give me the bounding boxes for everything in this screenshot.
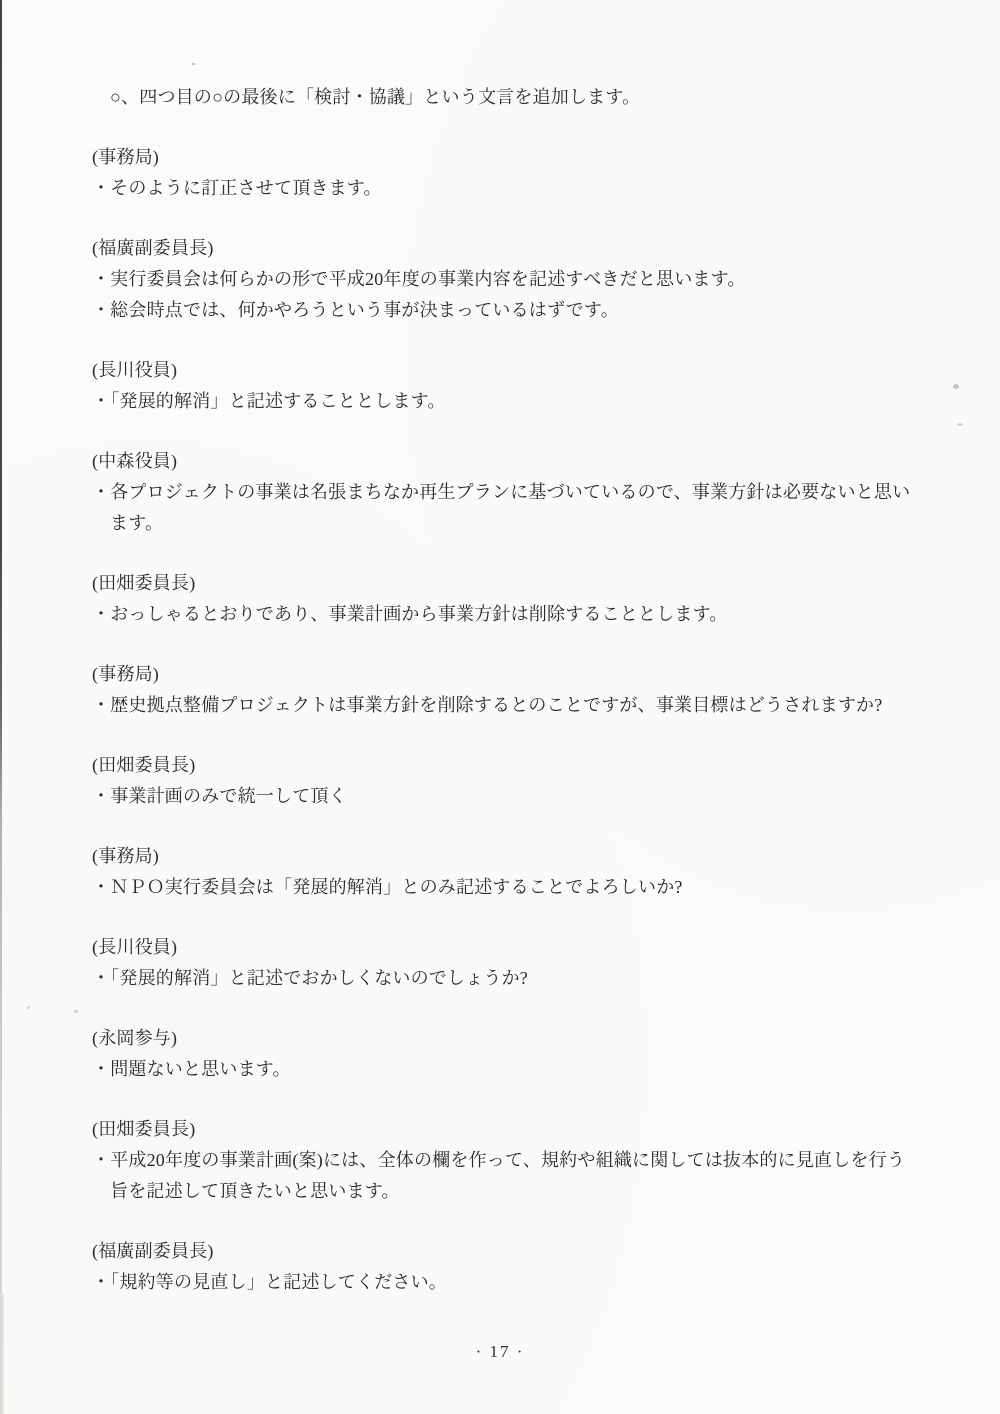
speech-block: (長川役員) ・「発展的解消」と記述することとします。	[92, 355, 1000, 417]
statement-line: ・平成20年度の事業計画(案)には、全体の欄を作って、規約や組織に関しては抜本的…	[92, 1145, 1000, 1176]
statement-continuation-line: 旨を記述して頂きたいと思います。	[92, 1176, 1000, 1207]
speaker-name: (田畑委員長)	[92, 1114, 1000, 1145]
speaker-name: (長川役員)	[92, 355, 1000, 386]
speech-block: (田畑委員長) ・おっしゃるとおりであり、事業計画から事業方針は削除することとし…	[92, 568, 1000, 630]
statement-line: ・「発展的解消」と記述することとします。	[92, 386, 1000, 417]
speaker-name: (田畑委員長)	[92, 750, 1000, 781]
statement-line: ・歴史拠点整備プロジェクトは事業方針を削除するとのことですが、事業目標はどうされ…	[92, 690, 1000, 721]
speech-block: (長川役員) ・「発展的解消」と記述でおかしくないのでしょうか?	[92, 932, 1000, 994]
amendment-note-line: ○、四つ目の○の最後に「検討・協議」という文言を追加します。	[92, 82, 1000, 113]
speech-block: (田畑委員長) ・平成20年度の事業計画(案)には、全体の欄を作って、規約や組織…	[92, 1114, 1000, 1207]
speech-block: (事務局) ・ＮＰＯ実行委員会は「発展的解消」とのみ記述することでよろしいか?	[92, 841, 1000, 903]
statement-line: ・各プロジェクトの事業は名張まちなか再生プランに基づいているので、事業方針は必要…	[92, 477, 1000, 508]
statement-line: ・総会時点では、何かやろうという事が決まっているはずです。	[92, 295, 1000, 326]
statement-line: ・「発展的解消」と記述でおかしくないのでしょうか?	[92, 963, 1000, 994]
statement-line: ・問題ないと思います。	[92, 1054, 1000, 1085]
speech-block: (福廣副委員長) ・実行委員会は何らかの形で平成20年度の事業内容を記述すべきだ…	[92, 233, 1000, 326]
speaker-name: (永岡参与)	[92, 1023, 1000, 1054]
scan-speck	[27, 1006, 30, 1009]
statement-line: ・事業計画のみで統一して頂く	[92, 781, 1000, 812]
speaker-name: (田畑委員長)	[92, 568, 1000, 599]
scan-speck	[192, 63, 195, 65]
speech-block: (田畑委員長) ・事業計画のみで統一して頂く	[92, 750, 1000, 812]
speech-block: (永岡参与) ・問題ないと思います。	[92, 1023, 1000, 1085]
speech-block: (事務局) ・そのように訂正させて頂きます。	[92, 142, 1000, 204]
statement-line: ・そのように訂正させて頂きます。	[92, 173, 1000, 204]
speech-block: (事務局) ・歴史拠点整備プロジェクトは事業方針を削除するとのことですが、事業目…	[92, 659, 1000, 721]
speech-block: (福廣副委員長) ・「規約等の見直し」と記述してください。	[92, 1236, 1000, 1298]
speaker-name: (福廣副委員長)	[92, 1236, 1000, 1267]
speaker-name: (事務局)	[92, 841, 1000, 872]
scan-left-edge-artifact	[0, 0, 2, 1414]
minutes-body: ○、四つ目の○の最後に「検討・協議」という文言を追加します。 (事務局) ・その…	[92, 82, 1000, 1298]
speaker-name: (福廣副委員長)	[92, 233, 1000, 264]
statement-continuation-line: ます。	[92, 508, 1000, 539]
statement-line: ・ＮＰＯ実行委員会は「発展的解消」とのみ記述することでよろしいか?	[92, 872, 1000, 903]
page-number: · 17 ·	[0, 1342, 1000, 1362]
statement-line: ・「規約等の見直し」と記述してください。	[92, 1267, 1000, 1298]
scan-speck	[74, 1010, 78, 1013]
statement-line: ・おっしゃるとおりであり、事業計画から事業方針は削除することとします。	[92, 599, 1000, 630]
speaker-name: (事務局)	[92, 659, 1000, 690]
speaker-name: (長川役員)	[92, 932, 1000, 963]
speech-block: (中森役員) ・各プロジェクトの事業は名張まちなか再生プランに基づいているので、…	[92, 446, 1000, 539]
speaker-name: (中森役員)	[92, 446, 1000, 477]
statement-line: ・実行委員会は何らかの形で平成20年度の事業内容を記述すべきだと思います。	[92, 264, 1000, 295]
speaker-name: (事務局)	[92, 142, 1000, 173]
